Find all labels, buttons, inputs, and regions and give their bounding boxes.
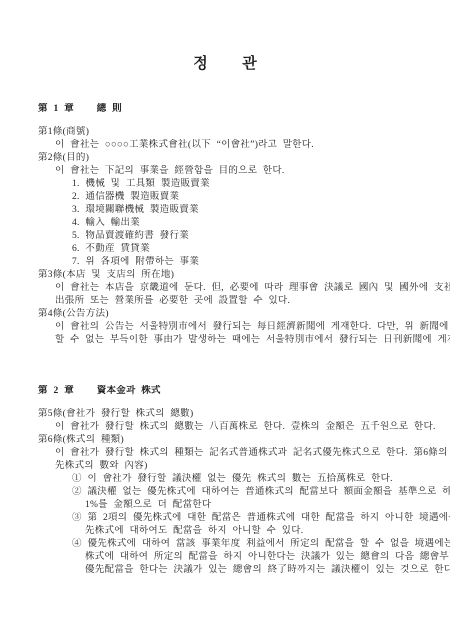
- article-4-text-line: 이 會社의 公告는 서울特別市에서 發行되는 每日經濟新聞에 게재한다. 다만,…: [0, 321, 450, 334]
- article-4-heading: 第4條(公告方法): [0, 308, 450, 321]
- clause-3-line: ③ 第 2項의 優先株式에 대한 配當은 普通株式에 대한 配當을 하지 아니한…: [0, 512, 450, 525]
- article-6-text-line: 先株式의 數와 內容): [0, 460, 450, 473]
- chapter-2-heading: 第 2 章 資本金과 株式: [0, 385, 450, 398]
- article-3-text-line: 이 會社는 本店을 京畿道에 둔다. 但, 必要에 따라 理事會 決議로 國內 …: [0, 282, 450, 295]
- article-2-heading: 第2條(目的): [0, 152, 450, 165]
- article-2-text-line: 이 會社는 下記의 事業을 經營함을 目的으로 한다.: [0, 165, 450, 178]
- clause-4-line: ④ 優先株式에 대하여 當該 事業年度 利益에서 所定의 配當을 할 수 없을 …: [0, 538, 450, 551]
- article-2-purpose: 第2條(目的) 이 會社는 下記의 事業을 經營함을 目的으로 한다. 1. 機…: [0, 152, 450, 269]
- article-3-heading: 第3條(本店 및 支店의 所在地): [0, 269, 450, 282]
- chapter-general-provisions: 第 1 章 總 則 第1條(商號) 이 會社는 ○○○○工業株式會社(以下 “이…: [0, 103, 450, 347]
- article-1-text-line: 이 會社는 ○○○○工業株式會社(以下 “이會社”)라고 말한다.: [0, 139, 450, 152]
- business-item-2: 2. 通信器機 製造販賣業: [0, 191, 450, 204]
- article-1-heading: 第1條(商號): [0, 126, 450, 139]
- article-6-heading: 第6條(株式의 種類): [0, 434, 450, 447]
- article-5-heading: 第5條(會社가 發行할 株式의 總數): [0, 408, 450, 421]
- business-item-3: 3. 環境關聯機械 製造販賣業: [0, 204, 450, 217]
- article-6-share-types: 第6條(株式의 種類) 이 會社가 發行할 株式의 種類는 記名式普通株式과 記…: [0, 434, 450, 577]
- business-item-6: 6. 不動産 賃貸業: [0, 243, 450, 256]
- clause-4-line: 優先配當을 한다는 決議가 있는 總會의 終了時까지는 議決權이 있는 것으로 …: [0, 564, 450, 577]
- document-page: 정 관 第 1 章 總 則 第1條(商號) 이 會社는 ○○○○工業株式會社(以…: [0, 0, 450, 636]
- article-6-text-line: 이 會社가 發行할 株式의 種類는 記名式普通株式과 記名式優先株式으로 한다.…: [0, 447, 450, 460]
- article-4-public-notice: 第4條(公告方法) 이 會社의 公告는 서울特別市에서 發行되는 每日經濟新聞에…: [0, 308, 450, 347]
- article-3-text-line: 出張所 또는 營業所를 必要한 곳에 設置할 수 있다.: [0, 295, 450, 308]
- article-1-trade-name: 第1條(商號) 이 會社는 ○○○○工業株式會社(以下 “이會社”)라고 말한다…: [0, 126, 450, 152]
- clause-2-line: 1%를 金額으로 더 配當한다: [0, 499, 450, 512]
- article-4-text-line: 할 수 없는 부득이한 事由가 발생하는 때에는 서울特別市에서 發行되는 日刊…: [0, 334, 450, 347]
- document-title: 정 관: [0, 52, 450, 73]
- article-5-total-shares: 第5條(會社가 發行할 株式의 總數) 이 會社가 發行할 株式의 總數는 八百…: [0, 408, 450, 434]
- clause-3-line: 先株式에 대하여도 配當을 하지 아니할 수 있다.: [0, 525, 450, 538]
- clause-2-line: ② 議決權 없는 優先株式에 대하여는 普通株式의 配當보다 額面金額을 基準으…: [0, 486, 450, 499]
- chapter-1-heading: 第 1 章 總 則: [0, 103, 450, 116]
- clause-4-line: 株式에 대하여 所定의 配當을 하지 아니한다는 決議가 있는 總會의 다음 總…: [0, 551, 450, 564]
- business-item-5: 5. 物品賣渡確約書 發行業: [0, 230, 450, 243]
- business-item-1: 1. 機械 및 工具類 製造販賣業: [0, 178, 450, 191]
- article-5-text-line: 이 會社가 發行할 株式의 總數는 八百萬株로 한다. 壹株의 金額은 五千원으…: [0, 421, 450, 434]
- clause-1-line: ① 이 會社가 發行할 議決權 없는 優先 株式의 數는 五拾萬株로 한다.: [0, 473, 450, 486]
- article-3-head-office: 第3條(本店 및 支店의 所在地) 이 會社는 本店을 京畿道에 둔다. 但, …: [0, 269, 450, 308]
- business-item-4: 4. 輸入 輸出業: [0, 217, 450, 230]
- business-item-7: 7. 위 各項에 附帶하는 事業: [0, 256, 450, 269]
- chapter-capital-and-shares: 第 2 章 資本金과 株式 第5條(會社가 發行할 株式의 總數) 이 會社가 …: [0, 385, 450, 577]
